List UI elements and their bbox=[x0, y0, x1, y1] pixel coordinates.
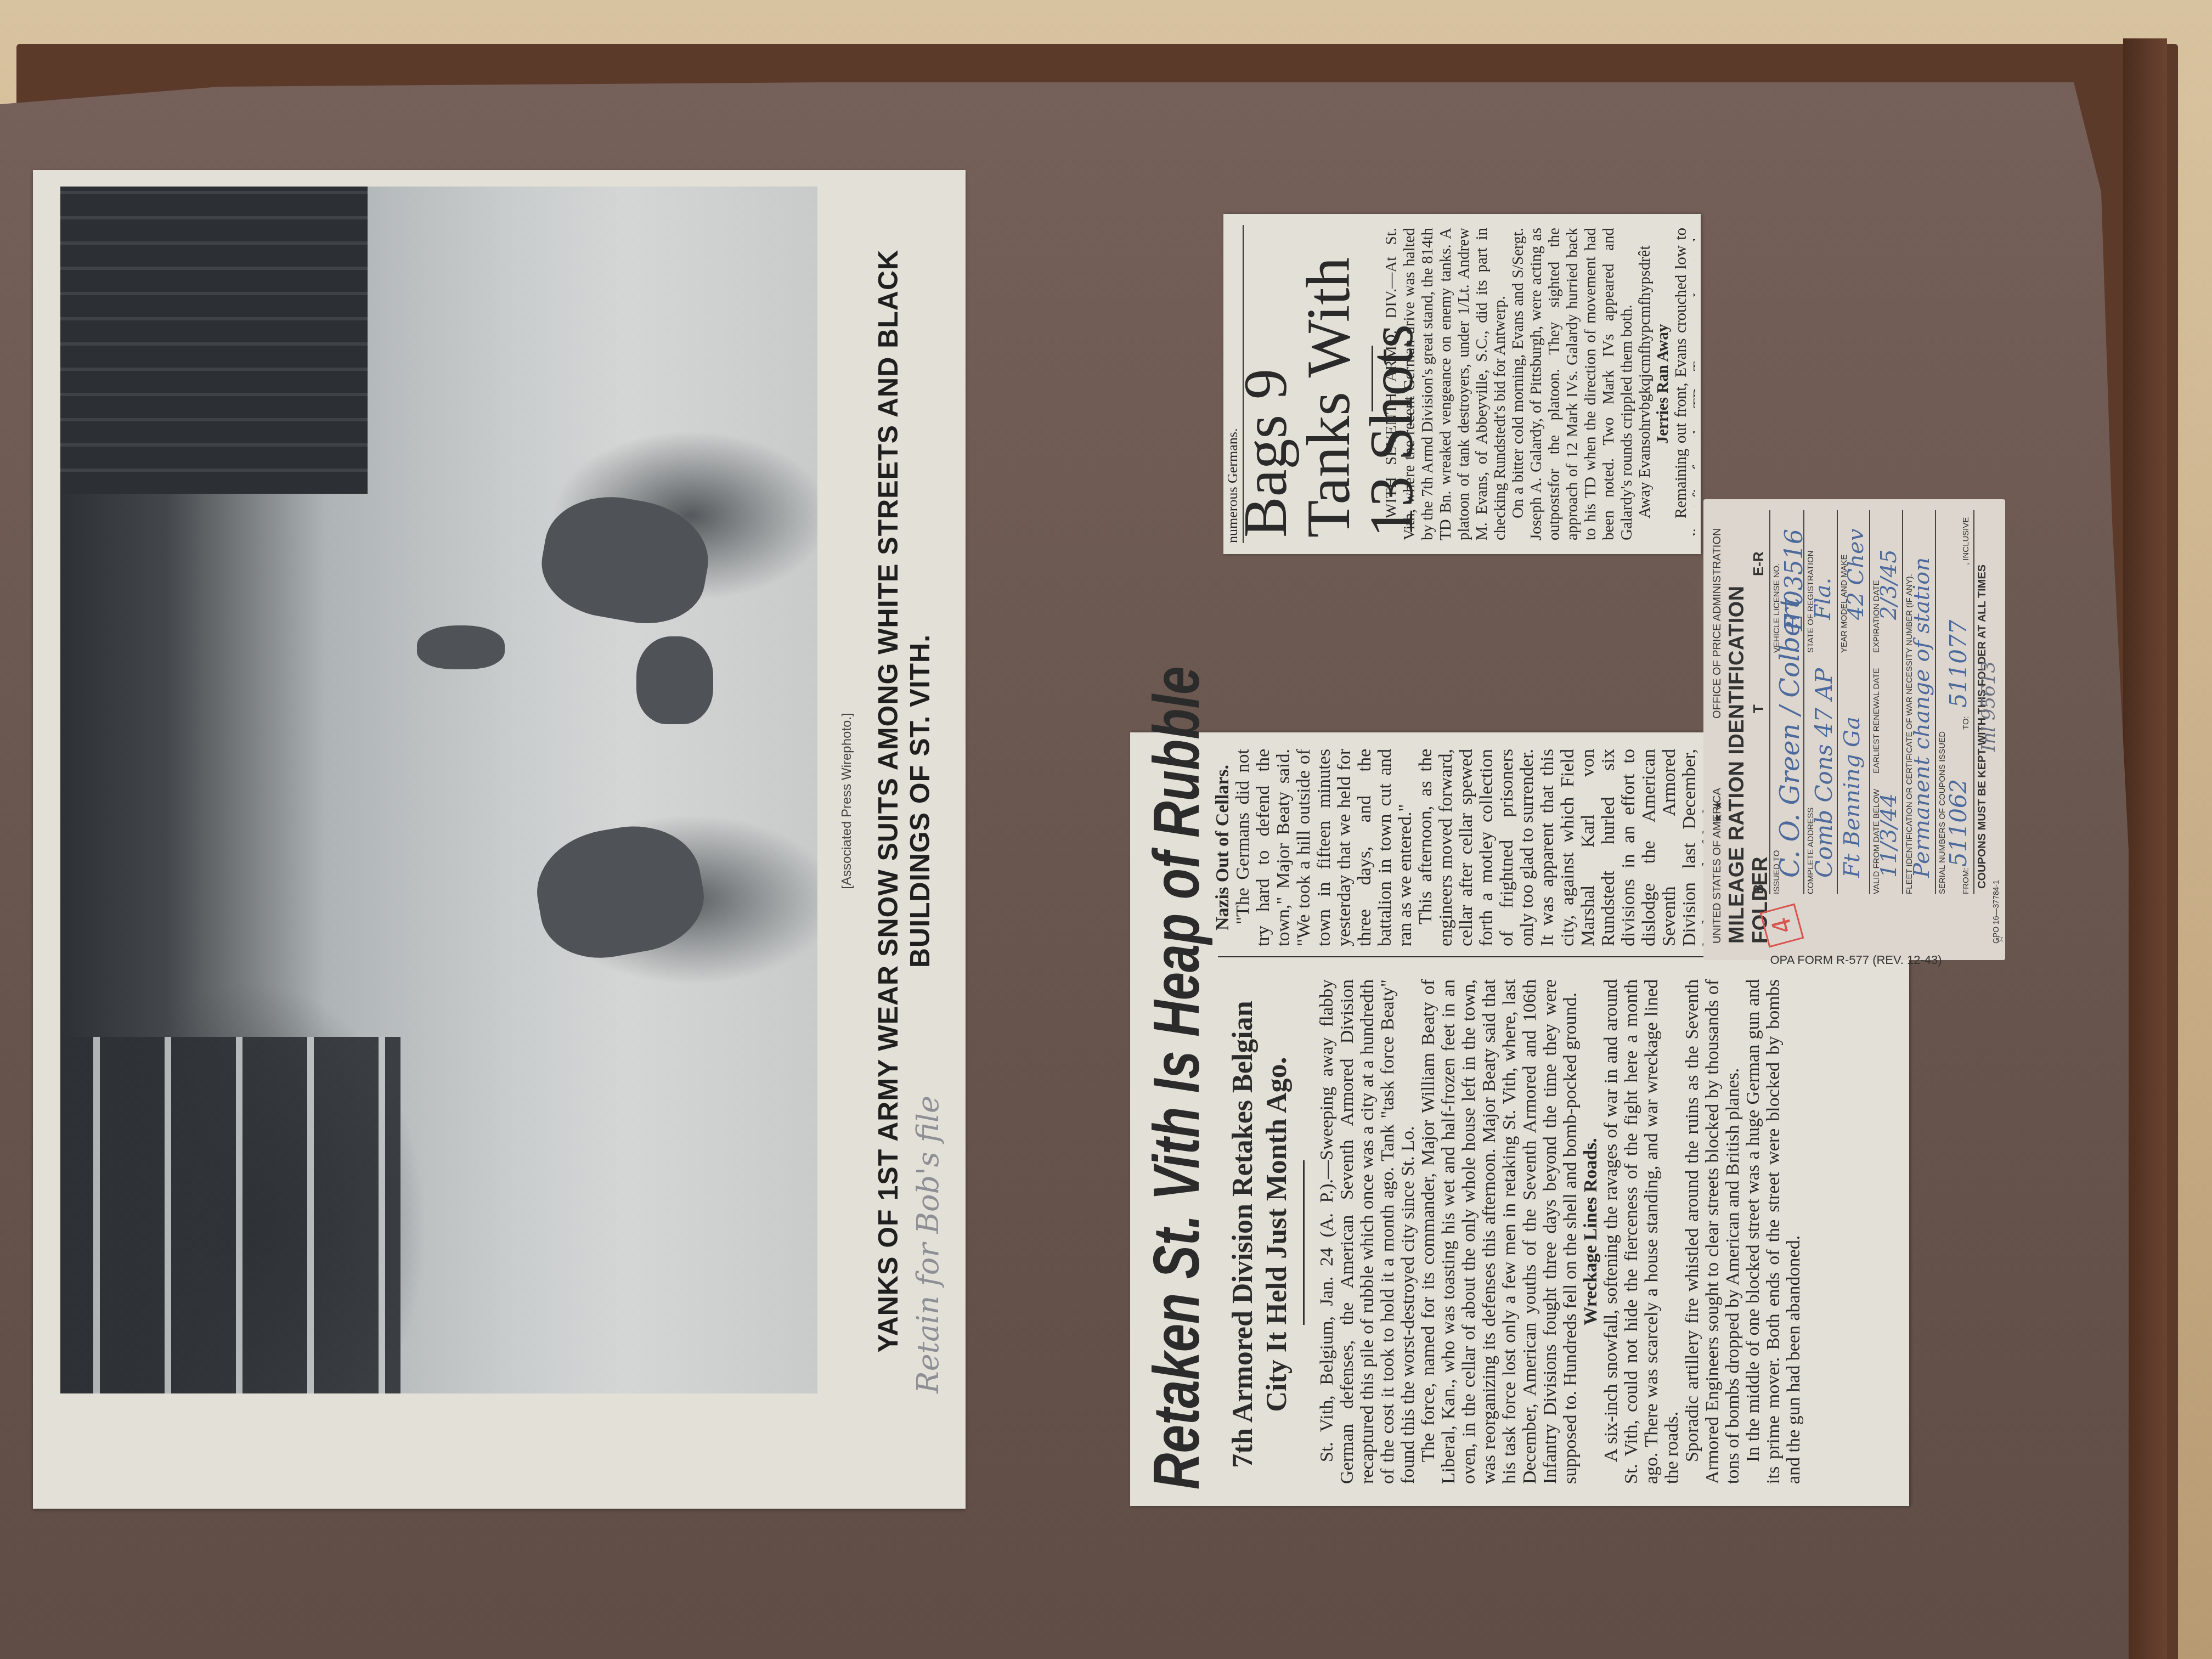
dark-building-left bbox=[60, 187, 368, 494]
handwritten-note: Retain for Bob's file bbox=[911, 955, 945, 1393]
form-rule bbox=[1803, 510, 1804, 894]
form-rule bbox=[1935, 510, 1936, 894]
soldier-figure bbox=[534, 486, 717, 634]
dark-building-right bbox=[60, 1037, 400, 1393]
news-photo-st-vith bbox=[60, 187, 817, 1393]
soldier-figure bbox=[417, 625, 505, 669]
headline-rule bbox=[1303, 1160, 1305, 1325]
gpo-number: GPO 16—37784-1 bbox=[1991, 880, 2000, 944]
field-value-earliest-renewal: Ft Benning Ga bbox=[1839, 716, 1865, 878]
field-value-valid-from: 11/3/44 bbox=[1876, 793, 1901, 878]
body-paragraph: Sporadic artillery fire whistled around … bbox=[1682, 979, 1743, 1484]
soldier-figure bbox=[636, 636, 713, 724]
body-paragraph: Remaining out front, Evans crouched low … bbox=[1672, 228, 1695, 540]
form-rule bbox=[1973, 510, 1974, 894]
mileage-ration-folder: UNITED STATES OF AMERICA ★ ★ OFFICE OF P… bbox=[1703, 499, 2005, 960]
scrapbook-cover-edge bbox=[2123, 38, 2167, 1659]
body-paragraph: The force, named for its commander, Majo… bbox=[1418, 979, 1581, 1484]
article-body-column-1: St. Vith, Belgium, Jan. 24 (A. P.).—Swee… bbox=[1317, 979, 1898, 1484]
form-number: OPA FORM R-577 (REV. 12-43) bbox=[1713, 953, 1999, 967]
field-value-issued-to: C. O. Green / Colbert bbox=[1775, 597, 1805, 878]
field-value-year-model: 42 Chev bbox=[1843, 529, 1869, 620]
serial-to-label: TO: bbox=[1961, 716, 1971, 730]
field-label-earliest-renewal: EARLIEST RENEWAL DATE bbox=[1872, 668, 1881, 774]
soldier-figure bbox=[528, 815, 712, 968]
ration-agency: OFFICE OF PRICE ADMINISTRATION bbox=[1711, 528, 1724, 719]
ration-class-er: E-R bbox=[1750, 551, 1767, 576]
body-paragraph: A six-inch snowfall, softening the ravag… bbox=[1601, 979, 1682, 1484]
form-rule bbox=[1837, 510, 1838, 894]
star-icon: ★ ★ bbox=[1711, 800, 1725, 823]
dateline-paragraph: St. Vith, Belgium, Jan. 24 (A. P.).—Swee… bbox=[1317, 979, 1418, 1484]
form-rule bbox=[1902, 510, 1903, 894]
headline-rule bbox=[1372, 346, 1373, 411]
hollow-star-icon: ☆ bbox=[1994, 935, 2006, 944]
field-value-address: Comb Cons 47 AP bbox=[1810, 668, 1837, 878]
body-paragraph: WITH SEVENTH ARMD. DIV.—At St. Vith, whe… bbox=[1383, 228, 1509, 540]
field-value-state: Fla. bbox=[1810, 578, 1836, 620]
serial-from-value: 511062 bbox=[1945, 779, 1972, 867]
body-paragraph: In the middle of one blocked street was … bbox=[1743, 979, 1804, 1484]
field-value-expiration: 2/3/45 bbox=[1876, 549, 1901, 620]
ration-class-t: T bbox=[1750, 704, 1767, 713]
article-subhead: Jerries Ran Away bbox=[1654, 228, 1672, 540]
bags-9-tanks-clipping: numerous Germans. Bags 9 Tanks With 13 S… bbox=[1223, 214, 1701, 554]
article-body: WITH SEVENTH ARMD. DIV.—At St. Vith, whe… bbox=[1383, 228, 1695, 540]
photo-clipping: [Associated Press Wirephoto.] YANKS OF 1… bbox=[33, 170, 966, 1509]
article-subhead: Wreckage Lines Roads. bbox=[1581, 979, 1601, 1484]
article-subheadline: 7th Armored Division Retakes Belgian Cit… bbox=[1226, 979, 1294, 1489]
body-paragraph: On a bitter cold morning, Evans and S/Se… bbox=[1509, 228, 1636, 540]
form-rule bbox=[1769, 510, 1770, 894]
body-paragraph: "The Germans did not try hard to defend … bbox=[1233, 749, 1415, 946]
serial-inclusive: , INCLUSIVE bbox=[1961, 517, 1971, 565]
photo-caption-block: [Associated Press Wirephoto.] YANKS OF 1… bbox=[839, 208, 960, 1393]
article-subhead: Nazis Out of Cellars. bbox=[1212, 749, 1233, 946]
article-headline: Retaken St. Vith Is Heap of Rubble bbox=[1141, 916, 1212, 1489]
ration-class-b: B bbox=[1750, 884, 1767, 894]
misprint-line: Away Evansohrvbgkqjcmfhypcmfhypsdrêt bbox=[1636, 228, 1654, 540]
serial-from-label: FROM: bbox=[1961, 868, 1971, 894]
serial-to-value: 511077 bbox=[1945, 620, 1972, 708]
photo-credit: [Associated Press Wirephoto.] bbox=[839, 208, 855, 1393]
handwritten-footer: Inl 95613 bbox=[1978, 661, 2000, 752]
field-value-fleet-id: Permanent change of station bbox=[1909, 557, 1934, 878]
form-rule bbox=[1869, 510, 1870, 894]
